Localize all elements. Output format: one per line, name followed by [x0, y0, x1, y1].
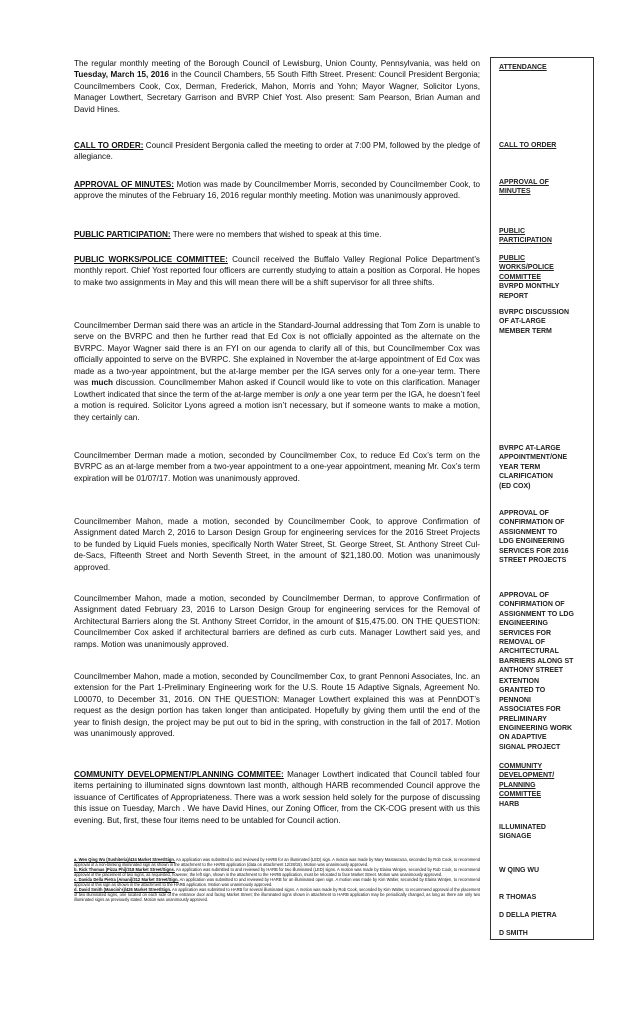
document-page: The regular monthly meeting of the Borou…: [0, 0, 625, 1030]
margin-label-line: ARCHITECTURAL: [499, 647, 593, 656]
margin-label-line: APPROVAL OF: [499, 178, 593, 187]
margin-label-line: EXTENTION: [499, 677, 593, 686]
paragraph-bvrpc-motion: Councilmember Derman made a motion, seco…: [74, 450, 480, 484]
harb-items-fine-print: a. Wen Qing Wu (Sushiteria)/434 Market S…: [74, 857, 480, 902]
margin-label-line: ATTENDANCE: [499, 63, 593, 72]
margin-label-line: SERVICES FOR: [499, 629, 593, 638]
paragraph-public-participation: PUBLIC PARTICIPATION: There were no memb…: [74, 229, 480, 240]
margin-label-line: PLANNING: [499, 781, 593, 790]
margin-label-line: BVRPD MONTHLY: [499, 282, 593, 291]
harb-item: b. Rick Thomas (Pizza Phi)/318 Market St…: [74, 867, 480, 877]
margin-label-w-qing-wu: W QING WU: [499, 866, 593, 875]
paragraph-community-development: COMMUNITY DEVELOPMENT/PLANNING COMMITEE:…: [74, 769, 480, 826]
section-heading: APPROVAL OF MINUTES:: [74, 180, 174, 189]
margin-label-line: BARRIERS ALONG ST: [499, 657, 593, 666]
margin-label-call-to-order: CALL TO ORDER: [499, 141, 593, 150]
paragraph-text: only: [304, 390, 319, 399]
margin-label-line: MEMBER TERM: [499, 327, 593, 336]
margin-label-d-della-pietra: D DELLA PIETRA: [499, 911, 593, 920]
margin-label-line: ENGINEERING: [499, 619, 593, 628]
margin-label-line: GRANTED TO: [499, 686, 593, 695]
margin-label-line: CLARIFICATION: [499, 472, 593, 481]
margin-label-line: COMMITTEE: [499, 273, 593, 282]
harb-item: d. David Smith (Mancini's)/426 Market St…: [74, 887, 480, 902]
harb-item: a. Wen Qing Wu (Sushiteria)/434 Market S…: [74, 857, 480, 867]
paragraph-text: Tuesday, March 15, 2016: [74, 70, 169, 79]
margin-label-line: W QING WU: [499, 866, 593, 875]
margin-label-line: R THOMAS: [499, 893, 593, 902]
margin-label-line: MINUTES: [499, 187, 593, 196]
margin-label-line: ASSIGNMENT TO: [499, 528, 593, 537]
margin-label-line: SIGNAL PROJECT: [499, 743, 593, 752]
margin-label-line: COMMUNITY: [499, 762, 593, 771]
margin-label-line: ASSOCIATES FOR: [499, 705, 593, 714]
paragraph-text: The regular monthly meeting of the Borou…: [74, 59, 480, 68]
paragraph-public-works: PUBLIC WORKS/POLICE COMMITTEE: Council r…: [74, 254, 480, 288]
margin-label-line: REPORT: [499, 292, 593, 301]
margin-label-line: D DELLA PIETRA: [499, 911, 593, 920]
paragraph-call-to-order: CALL TO ORDER: Council President Bergoni…: [74, 140, 480, 163]
margin-label-line: BVRPC DISCUSSION: [499, 308, 593, 317]
margin-label-line: ILLUMINATED: [499, 823, 593, 832]
margin-label-ldg-architectural-barriers: APPROVAL OFCONFIRMATION OFASSIGNMENT TO …: [499, 591, 593, 676]
margin-label-public-works: PUBLICWORKS/POLICECOMMITTEEBVRPD MONTHLY…: [499, 254, 593, 301]
paragraph-ldg-architectural-barriers: Councilmember Mahon, made a motion, seco…: [74, 593, 480, 650]
section-heading: PUBLIC WORKS/POLICE COMMITTEE:: [74, 255, 228, 264]
margin-label-line: PARTICIPATION: [499, 236, 593, 245]
margin-label-line: COMMITTEE: [499, 790, 593, 799]
paragraph-text: Councilmember Mahon, made a motion, seco…: [74, 594, 480, 649]
paragraph-text: There were no members that wished to spe…: [171, 230, 382, 239]
section-heading: PUBLIC PARTICIPATION:: [74, 230, 171, 239]
margin-label-line: (ED COX): [499, 482, 593, 491]
margin-label-line: PUBLIC: [499, 254, 593, 263]
margin-label-d-smith: D SMITH: [499, 929, 593, 938]
margin-label-line: DEVELOPMENT/: [499, 771, 593, 780]
margin-label-line: ANTHONY STREET: [499, 666, 593, 675]
margin-label-line: WORKS/POLICE: [499, 263, 593, 272]
paragraph-bvrpc-discussion: Councilmember Derman said there was an a…: [74, 320, 480, 423]
margin-label-attendance: ATTENDANCE: [499, 63, 593, 72]
paragraph-ldg-street-projects: Councilmember Mahon, made a motion, seco…: [74, 516, 480, 573]
margin-label-line: STREET PROJECTS: [499, 556, 593, 565]
margin-label-line: PENNONI: [499, 696, 593, 705]
margin-label-line: LDG ENGINEERING: [499, 537, 593, 546]
margin-label-community-development: COMMUNITYDEVELOPMENT/PLANNINGCOMMITTEEHA…: [499, 762, 593, 809]
margin-label-line: OF AT-LARGE: [499, 317, 593, 326]
margin-label-pennoni-extension: EXTENTIONGRANTED TOPENNONIASSOCIATES FOR…: [499, 677, 593, 752]
margin-label-bvrpc-appointment: BVRPC AT-LARGEAPPOINTMENT/ONEYEAR TERMCL…: [499, 444, 593, 491]
margin-label-line: HARB: [499, 800, 593, 809]
margin-label-illuminated-signage: ILLUMINATEDSIGNAGE: [499, 823, 593, 842]
margin-label-approval-of-minutes: APPROVAL OFMINUTES: [499, 178, 593, 197]
paragraph-text: Councilmember Derman made a motion, seco…: [74, 451, 480, 483]
margin-label-line: CONFIRMATION OF: [499, 600, 593, 609]
margin-label-public-participation: PUBLICPARTICIPATION: [499, 227, 593, 246]
paragraph-text: Councilmember Mahon, made a motion, seco…: [74, 672, 480, 738]
paragraph-approval-of-minutes: APPROVAL OF MINUTES: Motion was made by …: [74, 179, 480, 202]
margin-label-line: APPROVAL OF: [499, 591, 593, 600]
margin-label-line: APPROVAL OF: [499, 509, 593, 518]
margin-label-line: PUBLIC: [499, 227, 593, 236]
margin-topics-box: ATTENDANCECALL TO ORDERAPPROVAL OFMINUTE…: [490, 57, 594, 940]
margin-label-line: YEAR TERM: [499, 463, 593, 472]
harb-item: c. Davida Della Pietra (Amani)/312 Marke…: [74, 877, 480, 887]
paragraph-text: much: [91, 378, 113, 387]
margin-label-line: APPOINTMENT/ONE: [499, 453, 593, 462]
paragraph-pennoni-extension: Councilmember Mahon, made a motion, seco…: [74, 671, 480, 740]
margin-label-line: CONFIRMATION OF: [499, 518, 593, 527]
paragraph-attendance: The regular monthly meeting of the Borou…: [74, 58, 480, 115]
margin-label-bvrpc-discussion: BVRPC DISCUSSIONOF AT-LARGEMEMBER TERM: [499, 308, 593, 336]
paragraph-text: Councilmember Mahon, made a motion, seco…: [74, 517, 480, 572]
margin-label-line: BVRPC AT-LARGE: [499, 444, 593, 453]
margin-label-line: ASSIGNMENT TO LDG: [499, 610, 593, 619]
section-heading: COMMUNITY DEVELOPMENT/PLANNING COMMITEE:: [74, 770, 284, 779]
margin-label-line: REMOVAL OF: [499, 638, 593, 647]
margin-label-line: ON ADAPTIVE: [499, 733, 593, 742]
section-heading: CALL TO ORDER:: [74, 141, 143, 150]
margin-label-line: D SMITH: [499, 929, 593, 938]
margin-label-r-thomas: R THOMAS: [499, 893, 593, 902]
margin-label-line: PRELIMINARY: [499, 715, 593, 724]
margin-label-line: SERVICES FOR 2016: [499, 547, 593, 556]
margin-label-ldg-street-projects: APPROVAL OFCONFIRMATION OFASSIGNMENT TOL…: [499, 509, 593, 565]
margin-label-line: ENGINEERING WORK: [499, 724, 593, 733]
margin-label-line: CALL TO ORDER: [499, 141, 593, 150]
margin-label-line: SIGNAGE: [499, 832, 593, 841]
